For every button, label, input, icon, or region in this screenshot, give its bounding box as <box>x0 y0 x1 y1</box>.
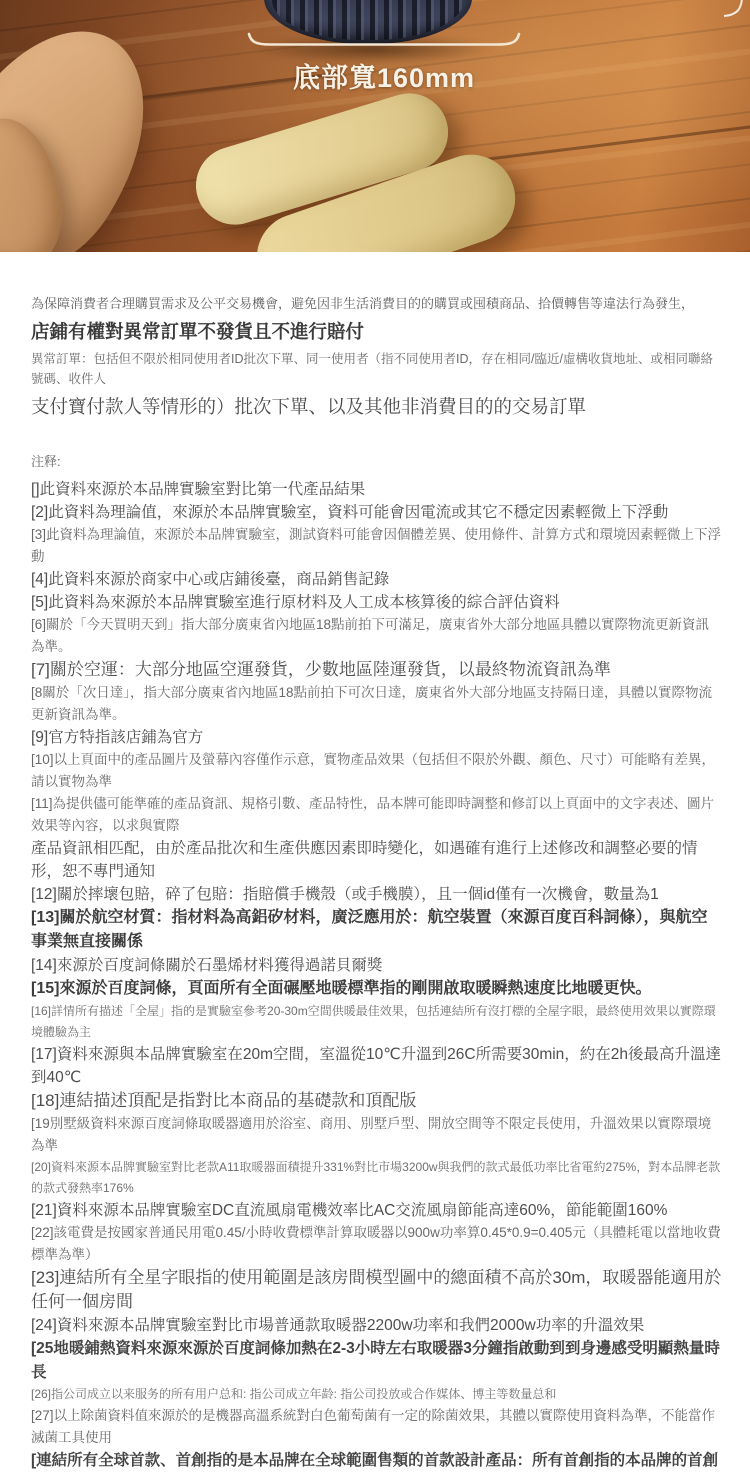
note-line: [12]關於摔壞包賠，碎了包賠：指賠償手機殼（或手機膜），且一個id僅有一次機會… <box>31 883 722 906</box>
note-line: [15]來源於百度詞條，頁面所有全面碾壓地暖標準指的剛開啟取暖瞬熱速度比地暖更快… <box>31 977 722 1001</box>
policy-line-1: 為保障消費者合理購買需求及公平交易機會，避免因非生活消費目的的購買或囤積商品、拾… <box>31 294 722 314</box>
note-line: [2]此資料為理論值，來源於本品牌實驗室，資料可能會因電流或其它不穩定因素輕微上… <box>31 501 722 524</box>
note-line: [3]此資料為理論值，來源於本品牌實驗室，測試資料可能會因個體差異、使用條件、計… <box>31 524 722 568</box>
note-line: [27]以上除菌資料值來源於的是機器高溫系統對白色葡萄菌有一定的除菌效果，其體以… <box>31 1405 722 1449</box>
corner-curve-mark <box>720 0 746 20</box>
purchase-policy: 為保障消費者合理購買需求及公平交易機會，避免因非生活消費目的的購買或囤積商品、拾… <box>31 294 722 421</box>
note-line: [16]詳情所有描述「全屋」指的是實驗室參考20-30m空間供暖最佳效果，包括連… <box>31 1001 722 1043</box>
note-line: [11]為提供儘可能準確的產品資訊、規格引數、產品特性，品本牌可能即時調整和修訂… <box>31 793 722 837</box>
note-line: [9]官方特指該店鋪為官方 <box>31 726 722 749</box>
note-line: [24]資料來源本品牌實驗室對比市場普通款取暖器2200w功率和我們2000w功… <box>31 1314 722 1337</box>
note-line: [6]關於「今天買明天到」指大部分廣東省內地區18點前拍下可滿足，廣東省外大部分… <box>31 614 722 658</box>
product-photo: 底部寬160mm <box>0 0 750 252</box>
note-line: [21]資料來源本品牌實驗室DC直流風扇電機效率比AC交流風扇節能高達60%，節… <box>31 1199 722 1222</box>
note-line: [23]連結所有全星字眼指的使用範圍是該房間模型圖中的總面積不高於30m，取暖器… <box>31 1266 722 1314</box>
note-line: [13]關於航空材質：指材料為高鋁矽材料，廣泛應用於：航空裝置（來源百度百科詞條… <box>31 906 722 954</box>
note-line: []此資料來源於本品牌實驗室對比第一代產品結果 <box>31 478 722 501</box>
note-line: [22]該電費是按國家普通民用電0.45/小時收費標準計算取暖器以900w功率算… <box>31 1222 722 1266</box>
note-line: [8關於「次日達」，指大部分廣東省內地區18點前拍下可次日達，廣東省外大部分地區… <box>31 682 722 726</box>
measure-bracket <box>246 31 522 47</box>
note-line: [19別墅級資料來源百度詞條取暖器適用於浴室、商用、別墅戶型、開放空間等不限定長… <box>31 1113 722 1157</box>
note-line: [14]來源於百度詞條關於石墨烯材料獲得過諾貝爾獎 <box>31 954 722 977</box>
note-line: [連結所有全球首款、首創指的是本品牌在全球範圍售類的首款設計產品：所有首創指的本… <box>31 1449 722 1473</box>
note-line: [20]資料來源本品牌實驗室對比老款A11取暖器面積提升331%對比市場3200… <box>31 1157 722 1199</box>
note-line: [17]資料來源與本品牌實驗室在20m空間，室溫從10℃升溫到26C所需要30m… <box>31 1043 722 1089</box>
width-caption: 底部寬160mm <box>246 56 522 95</box>
note-line: [7]關於空運：大部分地區空運發貨，少數地區陸運發貨，以最終物流資訊為準 <box>31 658 722 682</box>
notes-heading: 注释: <box>31 451 722 470</box>
note-line: [10]以上頁面中的產品圖片及螢幕內容僅作示意，實物產品效果（包括但不限於外觀、… <box>31 749 722 793</box>
note-line: 產品資訊相匹配，由於產品批次和生產供應因素即時變化，如遇確有進行上述修改和調整必… <box>31 837 722 883</box>
policy-line-3: 異常訂單：包括但不限於相同使用者ID批次下單、同一使用者（指不同使用者ID，存在… <box>31 349 722 389</box>
disclaimer-section: 為保障消費者合理購買需求及公平交易機會，避免因非生活消費目的的購買或囤積商品、拾… <box>0 294 750 1473</box>
policy-line-4: 支付寶付款人等情形的）批次下單、以及其他非消費目的的交易訂單 <box>31 393 722 421</box>
note-line: [26]指公司成立以来服务的所有用户总和: 指公司成立年龄: 指公司投放或合作媒… <box>31 1384 722 1405</box>
note-line: [18]連結描述頂配是指對比本商品的基礎款和頂配版 <box>31 1089 722 1113</box>
policy-line-2: 店鋪有權對異常訂單不發貨且不進行賠付 <box>31 318 722 346</box>
note-line: [25地暖鋪熱資料來源來源於百度詞條加熱在2-3小時左右取暖器3分鐘指啟動到到身… <box>31 1337 722 1384</box>
note-line: [4]此資料來源於商家中心或店鋪後臺，商品銷售記錄 <box>31 568 722 591</box>
notes-list: []此資料來源於本品牌實驗室對比第一代產品結果[2]此資料為理論值，來源於本品牌… <box>31 478 722 1473</box>
note-line: [5]此資料為來源於本品牌實驗室進行原材料及人工成本核算後的綜合評估資料 <box>31 591 722 614</box>
